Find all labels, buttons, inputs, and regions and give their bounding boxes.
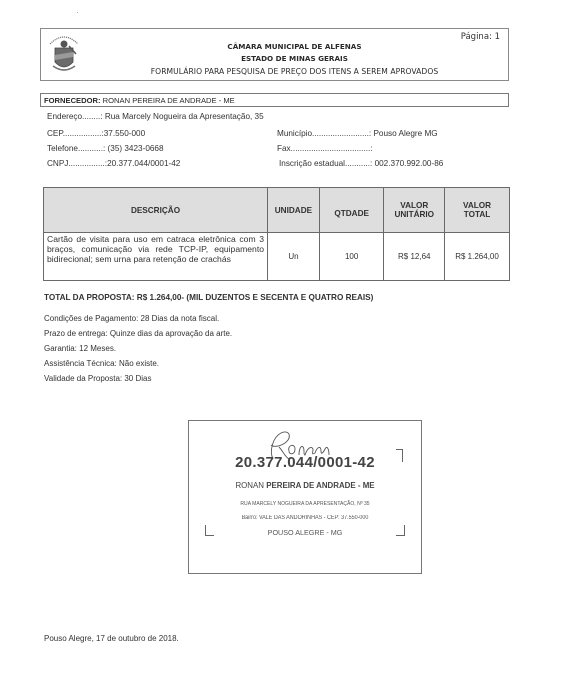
- city-value: Pouso Alegre MG: [373, 129, 437, 138]
- supplier-city: Município.........................: Pous…: [277, 129, 438, 138]
- stamp-corner-mark: [205, 525, 214, 536]
- cnpj-label: CNPJ................:: [47, 159, 107, 168]
- item-unit-price: R$ 12,64: [384, 233, 445, 281]
- col-header-total-price: VALOR TOTAL: [445, 188, 510, 233]
- stamp-cnpj: 20.377.044/0001-42: [189, 454, 421, 471]
- header-institution: CÂMARA MUNICIPAL DE ALFENAS: [41, 42, 508, 51]
- stamp-name-bold: PEREIRA DE ANDRADE - ME: [266, 480, 374, 490]
- stamp-address: RUA MARCELY NOGUEIRA DA APRESENTAÇÃO, Nº…: [201, 501, 410, 507]
- city-label: Município.........................:: [277, 129, 371, 138]
- supplier-name: RONAN PEREIRA DE ANDRADE - ME: [103, 96, 235, 105]
- supplier-name-box: FORNECEDOR: RONAN PEREIRA DE ANDRADE - M…: [40, 93, 509, 107]
- document-header: Página: 1 CÂMARA MUNICIPAL DE ALFENAS ES…: [40, 28, 509, 81]
- supplier-phone: Telefone...........: (35) 3423-0668: [47, 144, 164, 153]
- table-header-row: DESCRIÇÃO UNIDADE QTDADE VALOR UNITÁRIO …: [44, 188, 510, 233]
- item-unit: Un: [268, 233, 320, 281]
- cep-label: CEP.................:: [47, 129, 104, 138]
- cnpj-value: 20.377.044/0001-42: [107, 159, 180, 168]
- warranty: Garantia: 12 Meses.: [44, 344, 116, 353]
- supplier-address: Endereço........: Rua Marcely Nogueira d…: [47, 112, 264, 121]
- fax-label: Fax...................................:: [277, 144, 373, 153]
- col-header-description: DESCRIÇÃO: [44, 188, 268, 233]
- stamp-neighborhood: Bairro: VALE DAS ANDORINHAS - CEP: 37.55…: [201, 515, 410, 521]
- stamp-name-regular: RONAN: [235, 480, 266, 490]
- supplier-fax: Fax...................................:: [277, 144, 373, 153]
- stamp-corner-mark: [396, 525, 405, 536]
- header-state: ESTADO DE MINAS GERAIS: [41, 54, 508, 63]
- col-header-quantity: QTDADE: [319, 188, 384, 233]
- item-total-price: R$ 1.264,00: [445, 233, 510, 281]
- supplier-cep: CEP.................:37.550-000: [47, 129, 145, 138]
- place-and-date: Pouso Alegre, 17 de outubro de 2018.: [44, 634, 179, 643]
- table-row: Cartão de visita para uso em catraca ele…: [44, 233, 510, 281]
- supplier-cnpj: CNPJ................:20.377.044/0001-42: [47, 159, 180, 168]
- supplier-label: FORNECEDOR:: [44, 96, 101, 105]
- address-value: Rua Marcely Nogueira da Apresentação, 35: [105, 112, 264, 121]
- delivery-terms: Prazo de entrega: Quinze dias da aprovaç…: [44, 329, 232, 338]
- item-quantity: 100: [319, 233, 384, 281]
- items-table: DESCRIÇÃO UNIDADE QTDADE VALOR UNITÁRIO …: [43, 187, 510, 281]
- phone-label: Telefone...........:: [47, 144, 105, 153]
- header-form-title: FORMULÁRIO PARA PESQUISA DE PREÇO DOS IT…: [41, 67, 508, 76]
- stamp-city: POUSO ALEGRE - MG: [189, 528, 421, 537]
- address-label: Endereço........:: [47, 112, 103, 121]
- coat-of-arms-icon: [47, 32, 81, 76]
- cep-value: 37.550-000: [104, 129, 145, 138]
- proposal-total: TOTAL DA PROPOSTA: R$ 1.264,00- (MIL DUZ…: [44, 293, 373, 302]
- technical-assistance: Assistência Técnica: Não existe.: [44, 359, 159, 368]
- company-stamp: 20.377.044/0001-42 RONAN PEREIRA DE ANDR…: [188, 420, 422, 574]
- state-reg-value: 002.370.992.00-86: [375, 159, 444, 168]
- scan-speck: [77, 12, 78, 13]
- stamp-corner-mark: [396, 449, 403, 462]
- proposal-validity: Validade da Proposta: 30 Dias: [44, 374, 151, 383]
- supplier-state-registration: Inscrição estadual...........: 002.370.9…: [279, 159, 443, 168]
- item-description: Cartão de visita para uso em catraca ele…: [44, 233, 268, 281]
- stamp-company-name: RONAN PEREIRA DE ANDRADE - ME: [198, 480, 411, 490]
- payment-terms: Condições de Pagamento: 28 Dias da nota …: [44, 314, 219, 323]
- col-header-unit: UNIDADE: [268, 188, 320, 233]
- col-header-unit-price: VALOR UNITÁRIO: [384, 188, 445, 233]
- state-reg-label: Inscrição estadual...........:: [279, 159, 372, 168]
- page-number: Página: 1: [461, 32, 500, 42]
- phone-value: (35) 3423-0668: [108, 144, 164, 153]
